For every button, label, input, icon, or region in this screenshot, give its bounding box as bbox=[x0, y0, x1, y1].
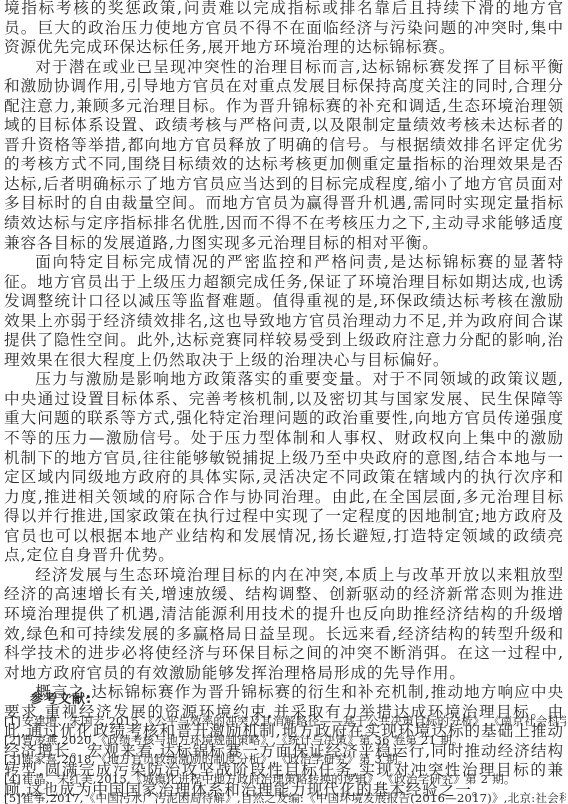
references-heading: 参考文献: bbox=[30, 688, 566, 712]
paragraph: 对于潜在或业已呈现冲突性的治理目标而言,达标锦标赛发挥了目标平衡和激励协调作用,… bbox=[4, 58, 564, 253]
reference-item: [3]陈家喜,2018,《地方官员政绩激励的制度分析》,《政治学研究》第 3 期… bbox=[4, 750, 566, 769]
reference-number: [1] bbox=[4, 714, 21, 728]
article-body: 境指标考核的奖惩政策,问责难以完成指标或排名靠后且持续下滑的地方官员。巨大的政治… bbox=[4, 0, 564, 800]
reference-text: 陈家喜,2018,《地方官员政绩激励的制度分析》,《政治学研究》第 3 期。 bbox=[22, 752, 410, 766]
reference-number: [3] bbox=[4, 752, 21, 766]
paragraph: 经济发展与生态环境治理目标的内在冲突,本质上与改革开放以来粗放型经济的高速增长有… bbox=[4, 566, 564, 683]
reference-text: 安建增、朱国云,2015,《公平与效率的冲突及其消解路径——基于公共决策目标的分… bbox=[22, 714, 566, 728]
reference-number: [5] bbox=[4, 791, 21, 804]
reference-item: [5]崔筝,2017,《中国污水厂污泥困局待解》,自然之友编:《中国环境发展报告… bbox=[4, 789, 566, 804]
reference-number: [2] bbox=[4, 733, 21, 747]
reference-text: 崔筝,2017,《中国污水厂污泥困局待解》,自然之友编:《中国环境发展报告(20… bbox=[22, 791, 566, 804]
reference-number: [4] bbox=[4, 772, 21, 786]
reference-item: [1]安建增、朱国云,2015,《公平与效率的冲突及其消解路径——基于公共决策目… bbox=[4, 712, 566, 731]
paragraph: 压力与激励是影响地方政策落实的重要变量。对于不同领域的政策议题,中央通过设置目标… bbox=[4, 370, 564, 565]
paragraph: 境指标考核的奖惩政策,问责难以完成指标或排名靠后且持续下滑的地方官员。巨大的政治… bbox=[4, 0, 564, 58]
reference-item: [2]曹凌燕,2020,《政绩考核与地方环境规制策略》,《统计与决策》第 36 … bbox=[4, 731, 566, 750]
paragraph: 面向特定目标完成情况的严密监控和严格问责,是达标锦标赛的显著特征。地方官员出于上… bbox=[4, 253, 564, 370]
reference-text: 曹凌燕,2020,《政绩考核与地方环境规制策略》,《统计与决策》第 36 卷第 … bbox=[22, 733, 464, 747]
reference-text: 崔晶、宋红美,2015,《城镇化进程中地方政府治理策略转换的逻辑》,《政治学研究… bbox=[22, 772, 516, 786]
references-section: 参考文献: [1]安建增、朱国云,2015,《公平与效率的冲突及其消解路径——基… bbox=[4, 688, 566, 804]
reference-item: [4]崔晶、宋红美,2015,《城镇化进程中地方政府治理策略转换的逻辑》,《政治… bbox=[4, 770, 566, 789]
